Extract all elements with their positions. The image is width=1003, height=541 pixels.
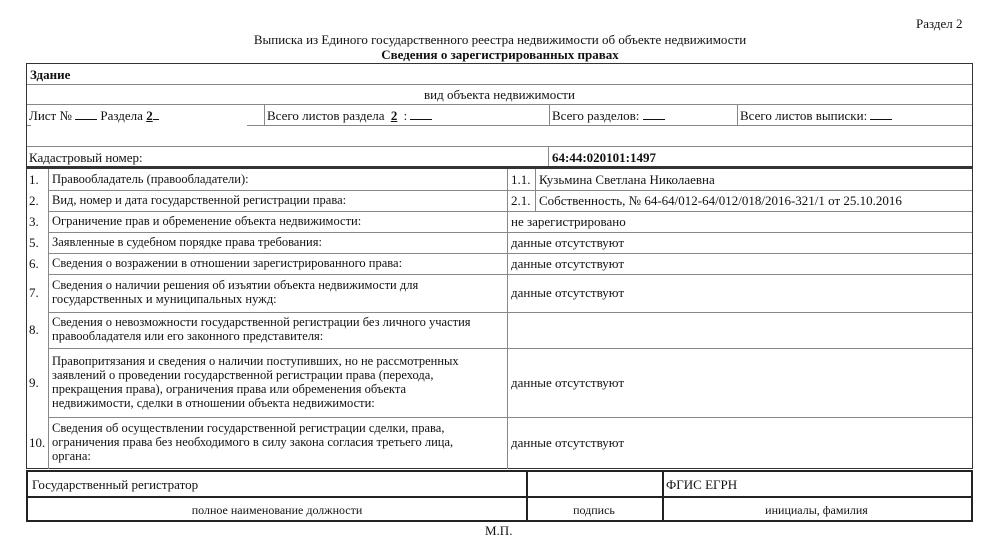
name-caption: инициалы, фамилия <box>662 502 971 518</box>
total-extract-sheets-field: Всего листов выписки: <box>740 108 892 124</box>
row-label: Вид, номер и дата государственной регист… <box>52 193 346 207</box>
row-value: Кузьмина Светлана Николаевна <box>539 172 715 188</box>
row-number: 8. <box>29 322 39 338</box>
row-subnumber: 2.1. <box>511 193 531 209</box>
row-label: Сведения об осуществлении государственно… <box>52 421 453 463</box>
divider <box>247 125 972 126</box>
position-caption: полное наименование должности <box>28 502 526 518</box>
row-number: 5. <box>29 235 39 251</box>
table-row: 10.Сведения об осуществлении государстве… <box>27 417 972 469</box>
divider <box>264 104 265 125</box>
row-value: данные отсутствуют <box>511 375 624 391</box>
row-label: Заявленные в судебном порядке права треб… <box>52 235 322 249</box>
row-number: 10. <box>29 435 45 451</box>
object-type-caption: вид объекта недвижимости <box>27 87 972 103</box>
row-number: 9. <box>29 375 39 391</box>
row-value: данные отсутствуют <box>511 285 624 301</box>
row-label: Правообладатель (правообладатели): <box>52 172 249 186</box>
row-number: 3. <box>29 214 39 230</box>
table-row: 1.Правообладатель (правообладатели):1.1.… <box>27 169 972 190</box>
row-value: не зарегистрировано <box>511 214 626 230</box>
registrar-system-name: ФГИС ЕГРН <box>666 477 737 493</box>
document-subtitle: Сведения о зарегистрированных правах <box>0 47 1000 63</box>
stamp-place: М.П. <box>485 523 512 539</box>
table-row: 7.Сведения о наличии решения об изъятии … <box>27 274 972 312</box>
row-label: Правопритязания и сведения о наличии пос… <box>52 354 459 410</box>
cadastral-label: Кадастровый номер: <box>29 150 143 166</box>
signature-caption: подпись <box>526 502 662 518</box>
row-label: Сведения о возражении в отношении зареги… <box>52 256 402 270</box>
rights-table: Здание вид объекта недвижимости Лист № Р… <box>26 63 973 469</box>
row-label: Сведения о невозможности государственной… <box>52 315 471 343</box>
signature-block: Государственный регистратор ФГИС ЕГРН по… <box>26 470 973 522</box>
divider <box>27 146 972 147</box>
divider <box>549 104 550 125</box>
object-type: Здание <box>30 67 70 83</box>
total-section-sheets-field: Всего листов раздела 2 : <box>267 108 432 124</box>
row-number: 1. <box>29 172 39 188</box>
total-sections-field: Всего разделов: <box>552 108 665 124</box>
row-number: 6. <box>29 256 39 272</box>
row-value: Собственность, № 64-64/012-64/012/018/20… <box>539 193 902 209</box>
table-row: 9.Правопритязания и сведения о наличии п… <box>27 348 972 417</box>
row-number: 2. <box>29 193 39 209</box>
row-value: данные отсутствуют <box>511 435 624 451</box>
row-number: 7. <box>29 285 39 301</box>
divider <box>737 104 738 125</box>
table-row: 6.Сведения о возражении в отношении заре… <box>27 253 972 274</box>
section-label: Раздел 2 <box>916 16 963 32</box>
divider <box>548 146 549 166</box>
table-row: 2.Вид, номер и дата государственной реги… <box>27 190 972 211</box>
table-row: 3.Ограничение прав и обременение объекта… <box>27 211 972 232</box>
registrar-label: Государственный регистратор <box>32 477 198 493</box>
sheet-number-field: Лист № Раздела 2 <box>29 108 159 124</box>
divider <box>27 104 972 105</box>
row-value: данные отсутствуют <box>511 256 624 272</box>
divider <box>27 84 972 85</box>
table-row: 5.Заявленные в судебном порядке права тр… <box>27 232 972 253</box>
document-title: Выписка из Единого государственного реес… <box>0 32 1000 48</box>
cadastral-number: 64:44:020101:1497 <box>552 150 656 166</box>
row-label: Ограничение прав и обременение объекта н… <box>52 214 361 228</box>
row-subnumber: 1.1. <box>511 172 531 188</box>
sheet-number-blank <box>75 109 97 120</box>
row-value: данные отсутствуют <box>511 235 624 251</box>
table-row: 8.Сведения о невозможности государственн… <box>27 312 972 348</box>
row-label: Сведения о наличии решения об изъятии об… <box>52 278 418 306</box>
